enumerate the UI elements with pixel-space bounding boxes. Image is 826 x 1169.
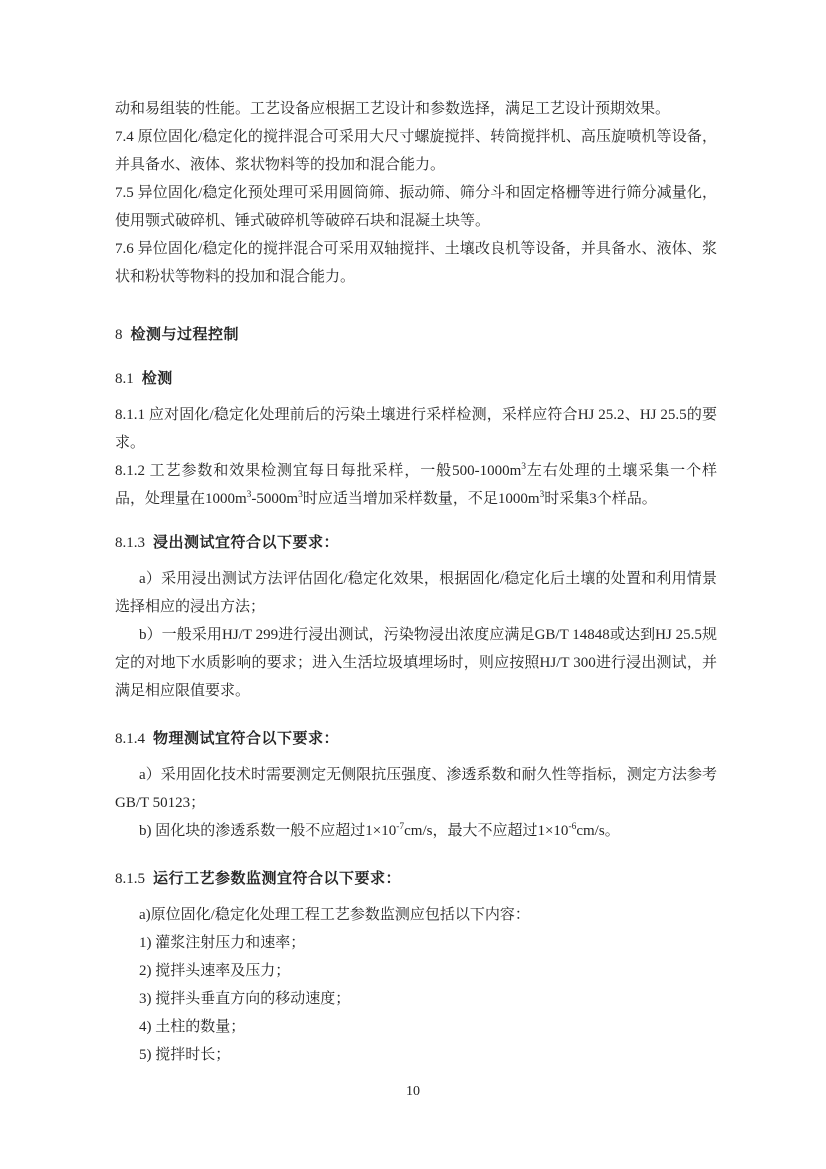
document-page: 动和易组装的性能。工艺设备应根据工艺设计和参数选择，满足工艺设计预期效果。 7.…: [0, 0, 826, 1169]
clause-7-5: 7.5 异位固化/稳定化预处理可采用圆筒筛、振动筛、筛分斗和固定格栅等进行筛分减…: [115, 179, 717, 235]
clause-7-3-continuation: 动和易组装的性能。工艺设备应根据工艺设计和参数选择，满足工艺设计预期效果。: [115, 95, 717, 123]
clause-8-1-3-item-b: b）一般采用HJ/T 299进行浸出测试，污染物浸出浓度应满足GB/T 1484…: [115, 621, 717, 705]
clause-title: 浸出测试宜符合以下要求：: [153, 534, 339, 551]
clause-8-1-5-list-5: 5) 搅拌时长；: [115, 1041, 717, 1069]
clause-8-1-4-heading: 8.1.4物理测试宜符合以下要求：: [115, 725, 717, 753]
clause-number: 8.1.4: [115, 731, 145, 747]
clause-8-1-5-list-4: 4) 土柱的数量；: [115, 1013, 717, 1041]
clause-8-1-2: 8.1.2 工艺参数和效果检测宜每日每批采样，一般500-1000m3左右处理的…: [115, 457, 717, 513]
section-title: 检测: [142, 370, 173, 387]
clause-number: 8.1.3: [115, 535, 145, 551]
clause-8-1-5-list-2: 2) 搅拌头速率及压力；: [115, 957, 717, 985]
clause-8-1-4-item-a: a）采用固化技术时需要测定无侧限抗压强度、渗透系数和耐久性等指标，测定方法参考G…: [115, 761, 717, 817]
clause-8-1-3-heading: 8.1.3浸出测试宜符合以下要求：: [115, 529, 717, 557]
clause-8-1-5-list-1: 1) 灌浆注射压力和速率；: [115, 929, 717, 957]
document-body: 动和易组装的性能。工艺设备应根据工艺设计和参数选择，满足工艺设计预期效果。 7.…: [115, 95, 717, 1069]
page-number: 10: [0, 1082, 826, 1102]
section-8-heading: 8检测与过程控制: [115, 321, 717, 349]
clause-8-1-1: 8.1.1 应对固化/稳定化处理前后的污染土壤进行采样检测，采样应符合HJ 25…: [115, 401, 717, 457]
clause-8-1-4-item-b: b) 固化块的渗透系数一般不应超过1×10-7cm/s，最大不应超过1×10-6…: [115, 817, 717, 845]
clause-title: 运行工艺参数监测宜符合以下要求：: [153, 870, 401, 887]
clause-8-1-5-item-a: a)原位固化/稳定化处理工程工艺参数监测应包括以下内容：: [115, 901, 717, 929]
clause-8-1-5-heading: 8.1.5运行工艺参数监测宜符合以下要求：: [115, 865, 717, 893]
clause-title: 物理测试宜符合以下要求：: [153, 730, 339, 747]
section-number: 8: [115, 327, 123, 343]
clause-number: 8.1.5: [115, 871, 145, 887]
section-8-1-heading: 8.1检测: [115, 365, 717, 393]
section-title: 检测与过程控制: [131, 326, 240, 343]
clause-8-1-3-item-a: a）采用浸出测试方法评估固化/稳定化效果，根据固化/稳定化后土壤的处置和利用情景…: [115, 565, 717, 621]
clause-8-1-5-list-3: 3) 搅拌头垂直方向的移动速度；: [115, 985, 717, 1013]
clause-7-6: 7.6 异位固化/稳定化的搅拌混合可采用双轴搅拌、土壤改良机等设备，并具备水、液…: [115, 235, 717, 291]
section-number: 8.1: [115, 371, 134, 387]
clause-7-4: 7.4 原位固化/稳定化的搅拌混合可采用大尺寸螺旋搅拌、转筒搅拌机、高压旋喷机等…: [115, 123, 717, 179]
